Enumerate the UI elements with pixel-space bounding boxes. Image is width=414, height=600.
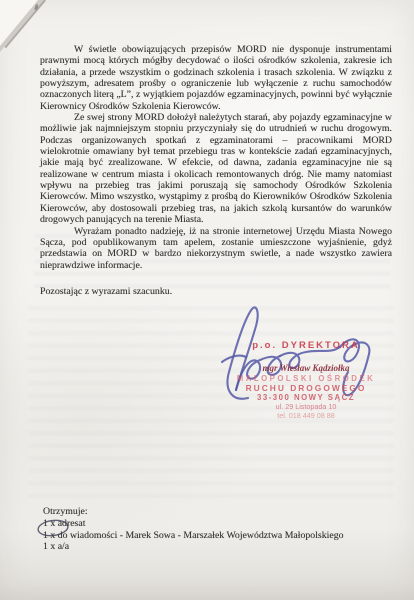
- distribution-heading: Otrzymuje:: [43, 506, 344, 518]
- stamp-phone: tel. 018 449 08 88: [226, 411, 386, 420]
- paper-corner-fold-inner: [0, 0, 38, 46]
- distribution-item-2: 1 x do wiadomości - Marek Sowa - Marszał…: [43, 530, 344, 542]
- office-stamp: p.o. DYREKTORA mgr Wiesław Kądziołka MAŁ…: [226, 340, 386, 420]
- paragraph-1: W świetle obowiązujących przepisów MORD …: [40, 44, 392, 112]
- stamp-title: p.o. DYREKTORA: [226, 340, 386, 351]
- letter-body: W świetle obowiązujących przepisów MORD …: [40, 44, 392, 271]
- paragraph-2: Ze swej strony MORD dołożył należytych s…: [40, 112, 392, 225]
- paragraph-3: Wyrażam ponadto nadzieję, iż na stronie …: [40, 226, 392, 271]
- stamp-address-street: ul. 29 Listopada 10: [226, 402, 386, 411]
- distribution-list: Otrzymuje: 1 x adresat 1 x do wiadomości…: [43, 506, 344, 553]
- stamp-org-line1: MAŁOPOLSKI OŚRODEK: [226, 374, 386, 383]
- handwritten-circle-annotation: [35, 518, 71, 538]
- distribution-item-3: 1 x a/a: [43, 541, 344, 553]
- stamp-org-line2: RUCHU DROGOWEGO: [226, 383, 386, 393]
- distribution-item-1: 1 x adresat: [43, 518, 344, 530]
- signature-block: p.o. DYREKTORA mgr Wiesław Kądziołka MAŁ…: [186, 294, 386, 424]
- scanned-letter-page: W świetle obowiązujących przepisów MORD …: [0, 0, 414, 600]
- stamp-address-city: 33-300 NOWY SĄCZ: [226, 393, 386, 402]
- closing-salutation: Pozostając z wyrazami szacunku.: [40, 286, 172, 297]
- signer-name: mgr Wiesław Kądziołka: [226, 363, 386, 373]
